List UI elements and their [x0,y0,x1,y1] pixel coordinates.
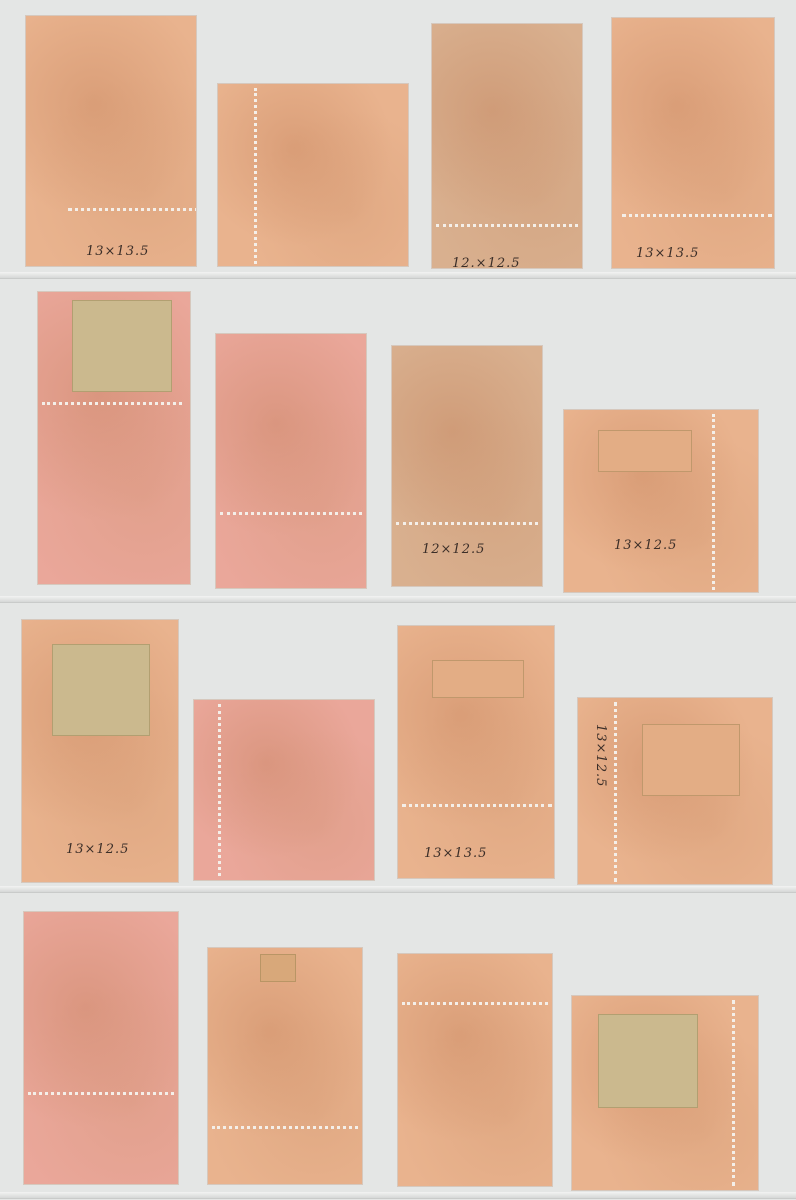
stock-strip [0,1192,796,1199]
stamp [208,948,362,1184]
stamp [38,292,190,584]
stamp: 13×13.5 [26,16,196,266]
stock-strip [0,596,796,603]
perforation-note: 13×13.5 [424,846,487,861]
stock-strip [0,886,796,893]
stamp: 12×12.5 [392,346,542,586]
stamp [572,996,758,1190]
perforation-note: 13×13.5 [636,246,699,261]
perforation-note: 13×12.5 [614,538,677,553]
stamp: 13×12.5 [578,698,772,884]
stamp: 13×12.5 [22,620,178,882]
hinge [52,644,150,736]
hinge [598,1014,698,1108]
hinge [72,300,172,392]
hinge [642,724,740,796]
perforation-note: 12.×12.5 [452,256,521,268]
hinge [432,660,524,698]
stamp: 13×12.5 [564,410,758,592]
stamp [216,334,366,588]
stock-strip [0,272,796,279]
stamp [398,954,552,1186]
stamp: 13×13.5 [398,626,554,878]
perforation-note: 12×12.5 [422,542,485,557]
stamp [218,84,408,266]
stamp [194,700,374,880]
hinge [598,430,692,472]
perforation-note: 13×12.5 [593,724,608,787]
hinge [260,954,296,982]
stamp [24,912,178,1184]
stamp: 12.×12.5 [432,24,582,268]
perforation-note: 13×13.5 [86,244,149,259]
perforation-note: 13×12.5 [66,842,129,857]
stamp: 13×13.5 [612,18,774,268]
